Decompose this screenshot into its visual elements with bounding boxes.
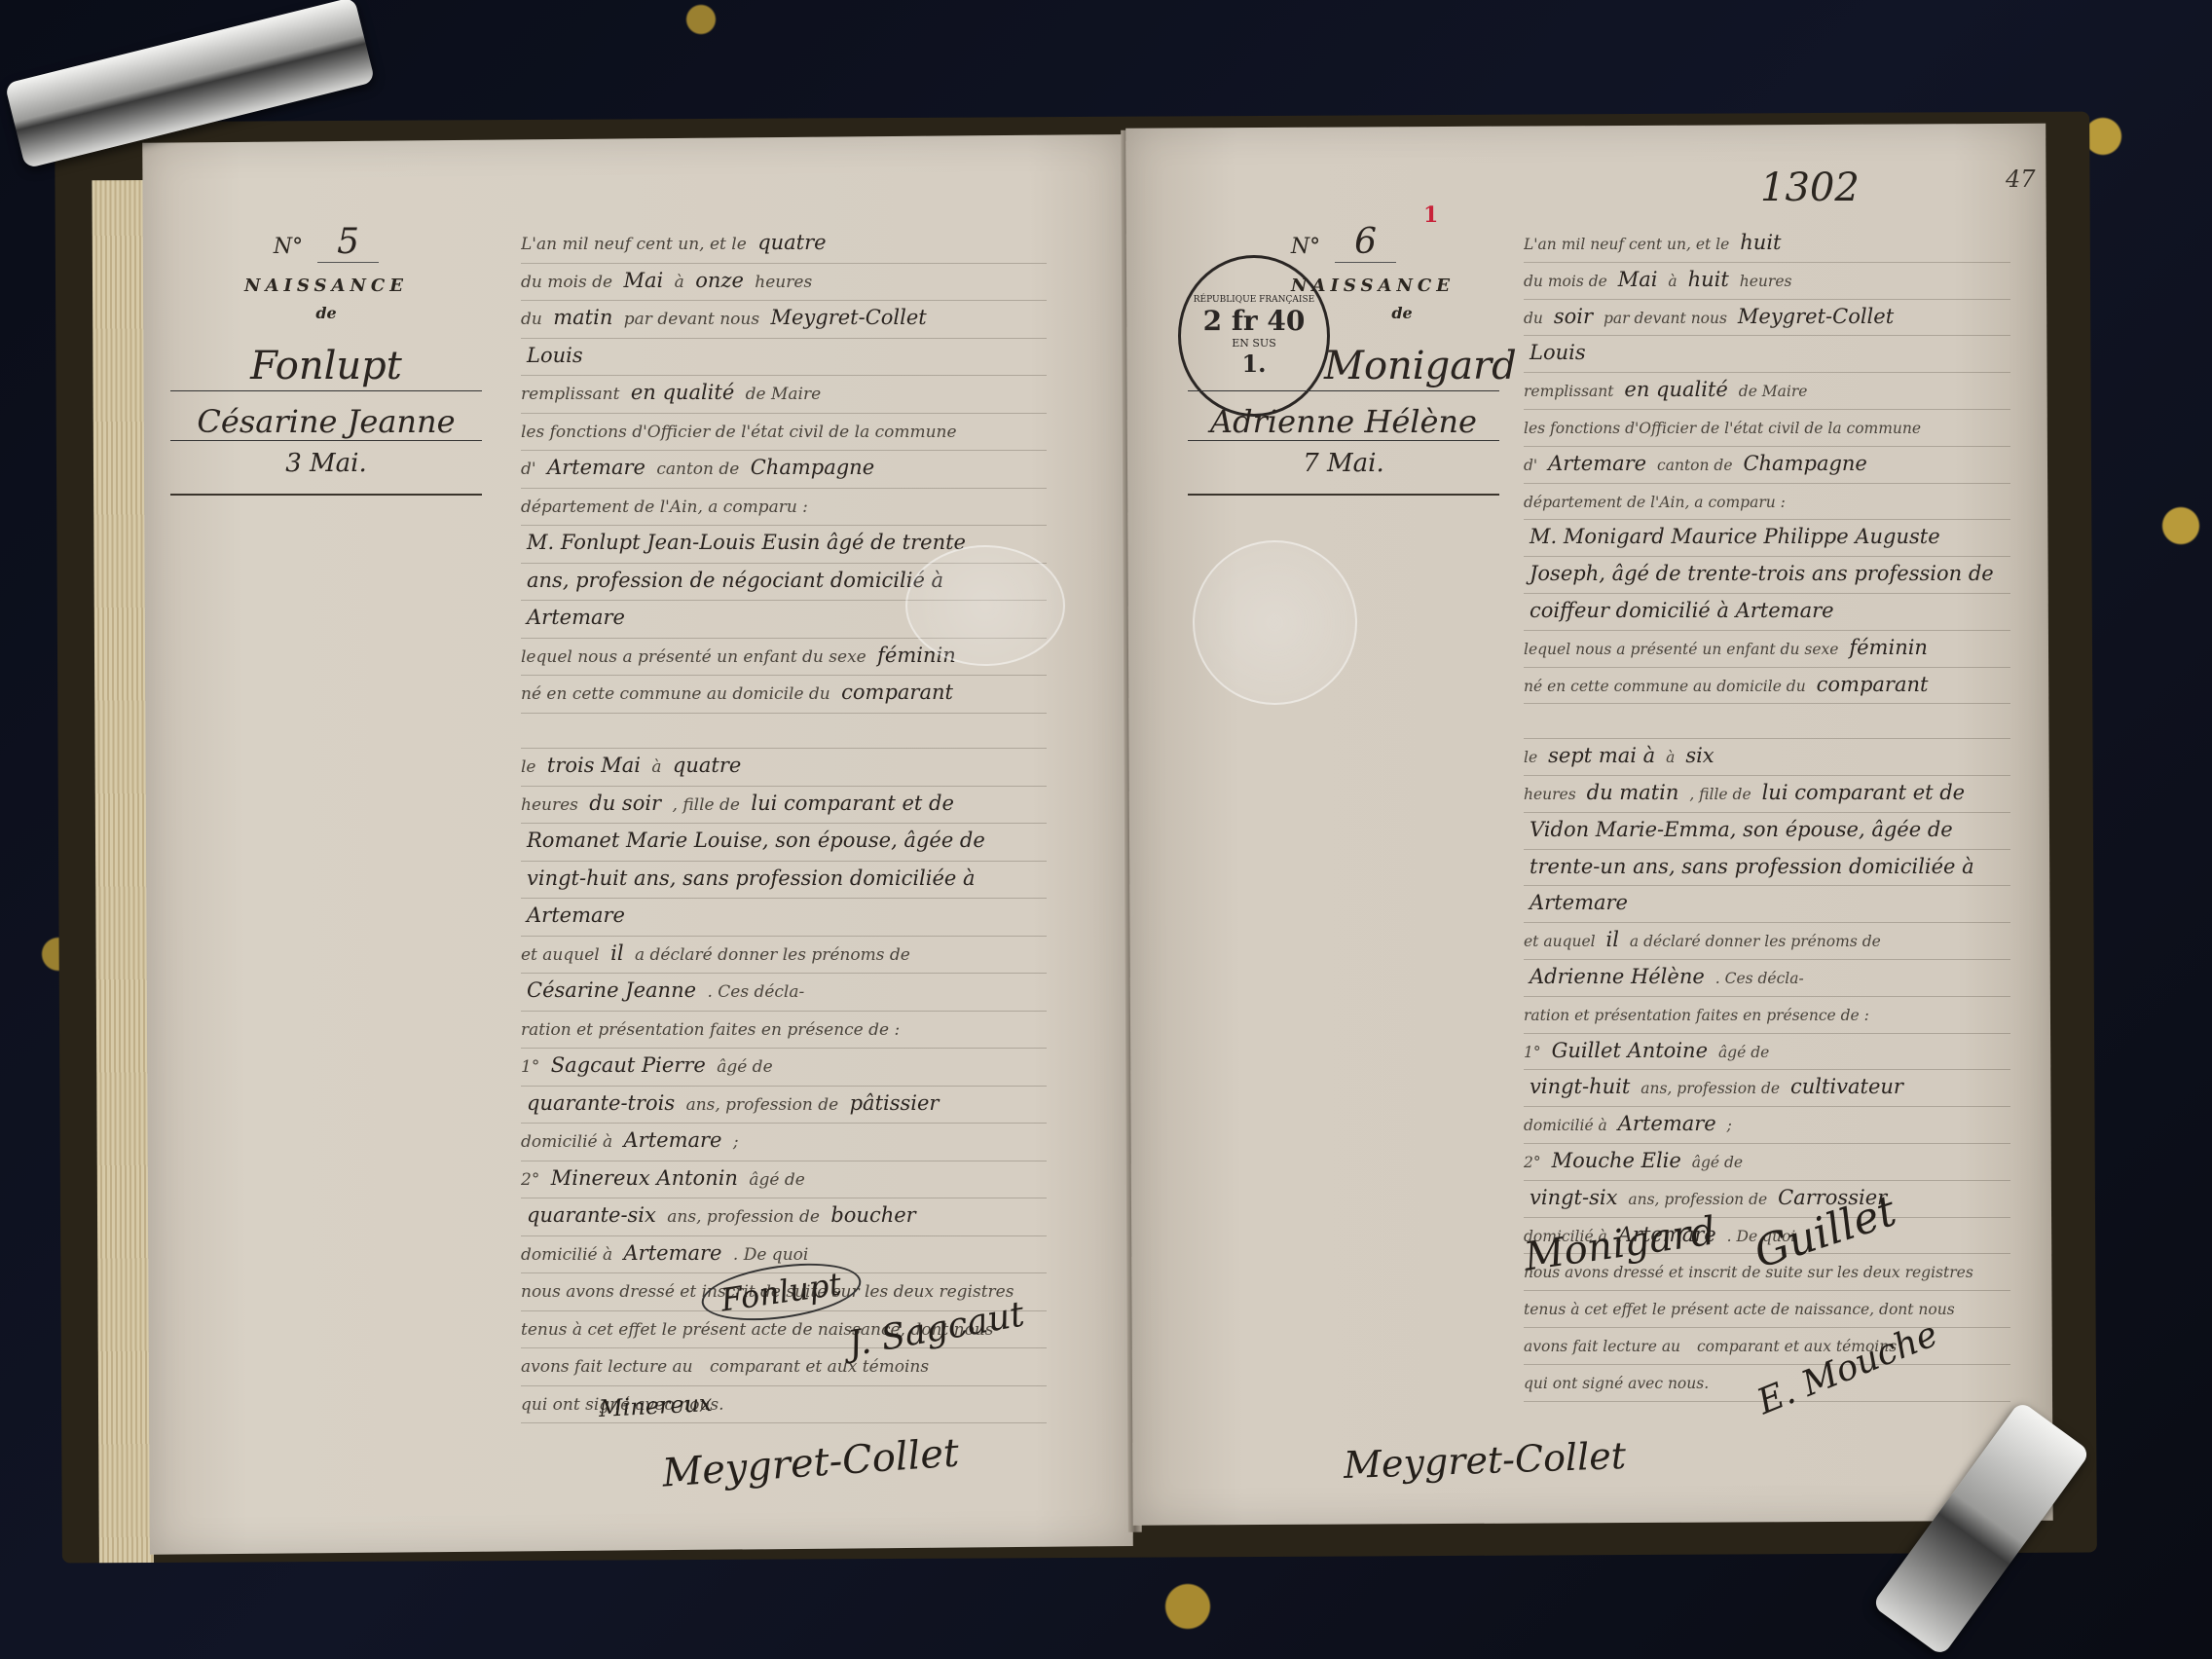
- printed-text: avons fait lecture au: [521, 1357, 693, 1377]
- handwritten-entry: quatre: [757, 231, 826, 254]
- act-line: Louis: [1524, 336, 2010, 373]
- handwritten-entry: Louis: [1530, 341, 1586, 364]
- act-line: quarante-six ans, profession de boucher: [521, 1198, 1047, 1236]
- printed-text: du: [521, 310, 542, 329]
- printed-text: heures: [1524, 786, 1576, 803]
- handwritten-entry: Mai: [1618, 268, 1658, 291]
- act-line: du soir par devant nous Meygret-Collet: [1524, 300, 2010, 337]
- handwritten-entry: du soir: [589, 792, 661, 815]
- printed-text: âgé de: [749, 1170, 804, 1190]
- handwritten-entry: Artemare: [527, 903, 625, 927]
- printed-text: . Ces décla-: [1715, 970, 1804, 987]
- act-line: heures du matin , fille de lui comparant…: [1524, 776, 2010, 813]
- act-line: et auquel il a déclaré donner les prénom…: [521, 937, 1047, 975]
- printed-text: le: [1524, 749, 1537, 766]
- handwritten-entry: Artemare: [1548, 452, 1646, 475]
- printed-text: à: [1666, 749, 1675, 766]
- handwritten-entry: Louis: [527, 344, 583, 367]
- printed-text: 1°: [521, 1057, 539, 1077]
- act-line: vingt-huit ans, sans profession domicili…: [521, 862, 1047, 900]
- handwritten-entry: comparant: [841, 681, 953, 704]
- handwritten-entry: il: [1606, 928, 1619, 951]
- act-line: trente-un ans, sans profession domicilié…: [1524, 850, 2010, 887]
- act-line: du mois de Mai à huit heures: [1524, 263, 2010, 300]
- handwritten-entry: quarante-trois: [527, 1091, 675, 1115]
- record-heading: NAISSANCE: [170, 276, 482, 296]
- handwritten-entry: Mai: [624, 269, 664, 292]
- handwritten-entry: lui comparant et de: [751, 792, 954, 815]
- handwritten-entry: pâtissier: [850, 1091, 940, 1115]
- act-line: du mois de Mai à onze heures: [521, 264, 1047, 302]
- handwritten-entry: vingt-huit: [1530, 1075, 1630, 1098]
- handwritten-entry: il: [610, 941, 623, 965]
- handwritten-entry: Vidon Marie-Emma, son épouse, âgée de: [1530, 818, 1953, 841]
- act-line: heures du soir , fille de lui comparant …: [521, 787, 1047, 825]
- printed-text: et auquel: [1524, 933, 1596, 950]
- birth-date-short: 3 Mai.: [170, 449, 482, 478]
- act-line: les fonctions d'Officier de l'état civil…: [521, 414, 1047, 452]
- child-given-names: Adrienne Hélène: [1188, 403, 1499, 441]
- handwritten-entry: Artemare: [1530, 891, 1628, 914]
- act-line: Artemare: [521, 899, 1047, 937]
- act-line: né en cette commune au domicile du compa…: [1524, 668, 2010, 705]
- handwritten-entry: Joseph, âgé de trente-trois ans professi…: [1530, 562, 1994, 585]
- embossed-seal-right: [1193, 540, 1357, 705]
- handwritten-entry: matin: [553, 306, 612, 329]
- act-line: Louis: [521, 339, 1047, 377]
- act-line: [521, 714, 1047, 750]
- printed-text: d': [1524, 457, 1537, 474]
- act-line: département de l'Ain, a comparu :: [521, 489, 1047, 527]
- record-number-value: 6: [1335, 222, 1396, 263]
- printed-text: remplissant: [521, 385, 619, 404]
- handwritten-entry: Artemare: [527, 606, 625, 629]
- printed-text: lequel nous a présenté un enfant du sexe: [1524, 641, 1838, 658]
- printed-text: né en cette commune au domicile du: [521, 684, 830, 704]
- printed-text: remplissant: [1524, 383, 1613, 400]
- printed-text: canton de: [656, 460, 739, 479]
- act-line: domicilié à Artemare ;: [1524, 1107, 2010, 1144]
- margin-divider: [1188, 494, 1499, 496]
- printed-text: les fonctions d'Officier de l'état civil…: [521, 423, 957, 442]
- act-line: d' Artemare canton de Champagne: [521, 451, 1047, 489]
- printed-text: du: [1524, 310, 1543, 327]
- printed-text: ans, profession de: [667, 1207, 820, 1227]
- handwritten-entry: Meygret-Collet: [770, 306, 926, 329]
- printed-text: 2°: [1524, 1154, 1541, 1171]
- handwritten-entry: en qualité: [1624, 378, 1727, 401]
- act-line: né en cette commune au domicile du compa…: [521, 676, 1047, 714]
- act-line: L'an mil neuf cent un, et le huit: [1524, 226, 2010, 263]
- printed-text: du mois de: [1524, 273, 1607, 290]
- printed-text: âgé de: [717, 1057, 772, 1077]
- handwritten-entry: trois Mai: [547, 754, 641, 777]
- printed-text: a déclaré donner les prénoms de: [635, 945, 910, 965]
- handwritten-entry: du matin: [1587, 781, 1679, 804]
- printed-text: par devant nous: [624, 310, 759, 329]
- printed-text: ;: [1727, 1117, 1732, 1134]
- handwritten-entry: coiffeur domicilié à Artemare: [1530, 599, 1834, 622]
- printed-text: ans, profession de: [1628, 1191, 1767, 1208]
- act-line: Joseph, âgé de trente-trois ans professi…: [1524, 557, 2010, 594]
- act-line: 1° Sagcaut Pierre âgé de: [521, 1049, 1047, 1087]
- printed-text: a déclaré donner les prénoms de: [1630, 933, 1881, 950]
- birth-date-short: 7 Mai.: [1188, 449, 1499, 478]
- left-margin-entry: N° 5 NAISSANCE de Fonlupt Césarine Jeann…: [170, 222, 482, 496]
- printed-text: heures: [1740, 273, 1792, 290]
- printed-text: né en cette commune au domicile du: [1524, 678, 1806, 695]
- printed-text: domicilié à: [1524, 1117, 1607, 1134]
- printed-text: heures: [755, 273, 812, 292]
- act-line: Vidon Marie-Emma, son épouse, âgée de: [1524, 813, 2010, 850]
- act-line: M. Monigard Maurice Philippe Auguste: [1524, 520, 2010, 557]
- act-line: département de l'Ain, a comparu :: [1524, 484, 2010, 521]
- act-line: vingt-huit ans, profession de cultivateu…: [1524, 1070, 2010, 1107]
- act-line: tenus à cet effet le présent acte de nai…: [1524, 1291, 2010, 1328]
- handwritten-entry: Artemare: [547, 456, 645, 479]
- handwritten-entry: onze: [695, 269, 744, 292]
- handwritten-entry: quatre: [673, 754, 741, 777]
- printed-text: qui ont signé avec nous.: [1524, 1375, 1709, 1392]
- act-line: domicilié à Artemare ;: [521, 1124, 1047, 1161]
- act-line: L'an mil neuf cent un, et le quatre: [521, 226, 1047, 264]
- handwritten-entry: quarante-six: [527, 1203, 656, 1227]
- handwritten-entry: huit: [1740, 231, 1781, 254]
- handwritten-entry: féminin: [1849, 636, 1928, 659]
- child-surname: Monigard: [1188, 344, 1499, 391]
- printed-text: âgé de: [1692, 1154, 1743, 1171]
- printed-text: âgé de: [1718, 1044, 1769, 1061]
- handwritten-entry: Adrienne Hélène: [1530, 965, 1705, 988]
- child-given-names: Césarine Jeanne: [170, 403, 482, 441]
- handwritten-entry: vingt-huit ans, sans profession domicili…: [527, 866, 976, 890]
- act-line: Romanet Marie Louise, son épouse, âgée d…: [521, 824, 1047, 862]
- printed-text: ;: [733, 1132, 739, 1152]
- act-line: le trois Mai à quatre: [521, 749, 1047, 787]
- handwritten-entry: Minereux Antonin: [551, 1166, 738, 1190]
- handwritten-entry: Champagne: [1743, 452, 1866, 475]
- act-line: du matin par devant nous Meygret-Collet: [521, 301, 1047, 339]
- record-number: N° 6: [1188, 222, 1499, 262]
- printed-text: le: [521, 757, 536, 777]
- margin-divider: [170, 494, 482, 496]
- handwritten-entry: vingt-six: [1530, 1186, 1617, 1209]
- printed-text: , fille de: [673, 795, 740, 815]
- printed-text: domicilié à: [521, 1245, 612, 1265]
- record-number-value: 5: [317, 222, 379, 263]
- printed-text: de Maire: [746, 385, 822, 404]
- top-annotation: 1302: [1760, 166, 1860, 210]
- handwritten-entry: cultivateur: [1790, 1075, 1903, 1098]
- printed-text: ans, profession de: [686, 1095, 839, 1115]
- right-margin-entry: N° 6 NAISSANCE de Monigard Adrienne Hélè…: [1188, 222, 1499, 496]
- act-line: quarante-trois ans, profession de pâtiss…: [521, 1087, 1047, 1124]
- handwritten-entry: Mouche Elie: [1552, 1149, 1681, 1172]
- printed-text: lequel nous a présenté un enfant du sexe: [521, 647, 866, 667]
- act-line: Césarine Jeanne . Ces décla-: [521, 974, 1047, 1012]
- handwritten-entry: soir: [1554, 305, 1593, 328]
- handwritten-entry: ans, profession de négociant domicilié à: [527, 569, 943, 592]
- child-surname: Fonlupt: [170, 344, 482, 391]
- printed-text: L'an mil neuf cent un, et le: [1524, 236, 1729, 253]
- act-line: Artemare: [1524, 886, 2010, 923]
- handwritten-entry: Guillet Antoine: [1552, 1039, 1708, 1062]
- printed-text: canton de: [1657, 457, 1732, 474]
- act-line: avons fait lecture au comparant et aux t…: [521, 1348, 1047, 1386]
- printed-text: département de l'Ain, a comparu :: [521, 498, 808, 517]
- handwritten-entry: Sagcaut Pierre: [551, 1053, 706, 1077]
- record-number: N° 5: [170, 222, 482, 262]
- handwritten-entry: Romanet Marie Louise, son épouse, âgée d…: [527, 829, 985, 852]
- printed-text: 2°: [521, 1170, 539, 1190]
- handwritten-entry: Artemare: [1618, 1112, 1716, 1135]
- printed-text: comparant et aux témoins: [710, 1357, 929, 1377]
- printed-text: . De quoi: [733, 1245, 808, 1265]
- act-line: et auquel il a déclaré donner les prénom…: [1524, 923, 2010, 960]
- act-line: les fonctions d'Officier de l'état civil…: [1524, 410, 2010, 447]
- act-line: d' Artemare canton de Champagne: [1524, 447, 2010, 484]
- printed-text: ration et présentation faites en présenc…: [1524, 1007, 1869, 1024]
- act-line: ration et présentation faites en présenc…: [1524, 997, 2010, 1034]
- printed-text: . Ces décla-: [707, 982, 804, 1002]
- handwritten-entry: six: [1685, 744, 1714, 767]
- handwritten-entry: M. Monigard Maurice Philippe Auguste: [1530, 525, 1940, 548]
- handwritten-entry: en qualité: [631, 381, 734, 404]
- act-line: coiffeur domicilié à Artemare: [1524, 594, 2010, 631]
- act-line: [1524, 704, 2010, 739]
- act-line: 2° Mouche Elie âgé de: [1524, 1144, 2010, 1181]
- printed-text: par devant nous: [1604, 310, 1727, 327]
- handwritten-entry: Artemare: [624, 1128, 722, 1152]
- printed-text: avons fait lecture au: [1524, 1338, 1680, 1355]
- act-line: lequel nous a présenté un enfant du sexe…: [1524, 631, 2010, 668]
- printed-text: du mois de: [521, 273, 612, 292]
- printed-text: heures: [521, 795, 578, 815]
- act-line: 1° Guillet Antoine âgé de: [1524, 1034, 2010, 1071]
- handwritten-entry: boucher: [830, 1203, 915, 1227]
- printed-text: les fonctions d'Officier de l'état civil…: [1524, 420, 1921, 437]
- record-heading: NAISSANCE: [1188, 276, 1499, 296]
- act-line: remplissant en qualité de Maire: [521, 376, 1047, 414]
- printed-text: ration et présentation faites en présenc…: [521, 1020, 900, 1040]
- handwritten-entry: Meygret-Collet: [1738, 305, 1894, 328]
- printed-text: , fille de: [1689, 786, 1751, 803]
- printed-text: d': [521, 460, 536, 479]
- handwritten-entry: trente-un ans, sans profession domicilié…: [1530, 855, 1974, 878]
- handwritten-entry: sept mai à: [1548, 744, 1655, 767]
- handwritten-entry: comparant: [1817, 673, 1929, 696]
- printed-text: à: [651, 757, 661, 777]
- act-line: remplissant en qualité de Maire: [1524, 373, 2010, 410]
- act-line: Adrienne Hélène . Ces décla-: [1524, 960, 2010, 997]
- handwritten-entry: Artemare: [624, 1241, 722, 1265]
- printed-text: de Maire: [1739, 383, 1808, 400]
- printed-text: L'an mil neuf cent un, et le: [521, 235, 747, 254]
- act-line: 2° Minereux Antonin âgé de: [521, 1161, 1047, 1199]
- printed-text: tenus à cet effet le présent acte de nai…: [1524, 1301, 1955, 1318]
- handwritten-entry: Césarine Jeanne: [527, 978, 696, 1002]
- handwritten-entry: M. Fonlupt Jean-Louis Eusin âgé de trent…: [527, 531, 966, 554]
- printed-text: ans, profession de: [1641, 1080, 1780, 1097]
- handwritten-entry: lui comparant et de: [1762, 781, 1966, 804]
- printed-text: 1°: [1524, 1044, 1541, 1061]
- printed-text: domicilié à: [521, 1132, 612, 1152]
- page-number: 47: [2006, 166, 2036, 193]
- handwritten-entry: huit: [1688, 268, 1729, 291]
- act-line: vingt-six ans, profession de Carrossier: [1524, 1181, 2010, 1218]
- printed-text: à: [1668, 273, 1677, 290]
- printed-text: et auquel: [521, 945, 600, 965]
- printed-text: à: [675, 273, 684, 292]
- embossed-seal-left: [905, 545, 1065, 666]
- left-act-text: L'an mil neuf cent un, et le quatre du m…: [521, 226, 1047, 1423]
- printed-text: département de l'Ain, a comparu :: [1524, 494, 1786, 511]
- act-line: le sept mai à à six: [1524, 739, 2010, 776]
- handwritten-entry: Champagne: [751, 456, 874, 479]
- act-line: ration et présentation faites en présenc…: [521, 1012, 1047, 1050]
